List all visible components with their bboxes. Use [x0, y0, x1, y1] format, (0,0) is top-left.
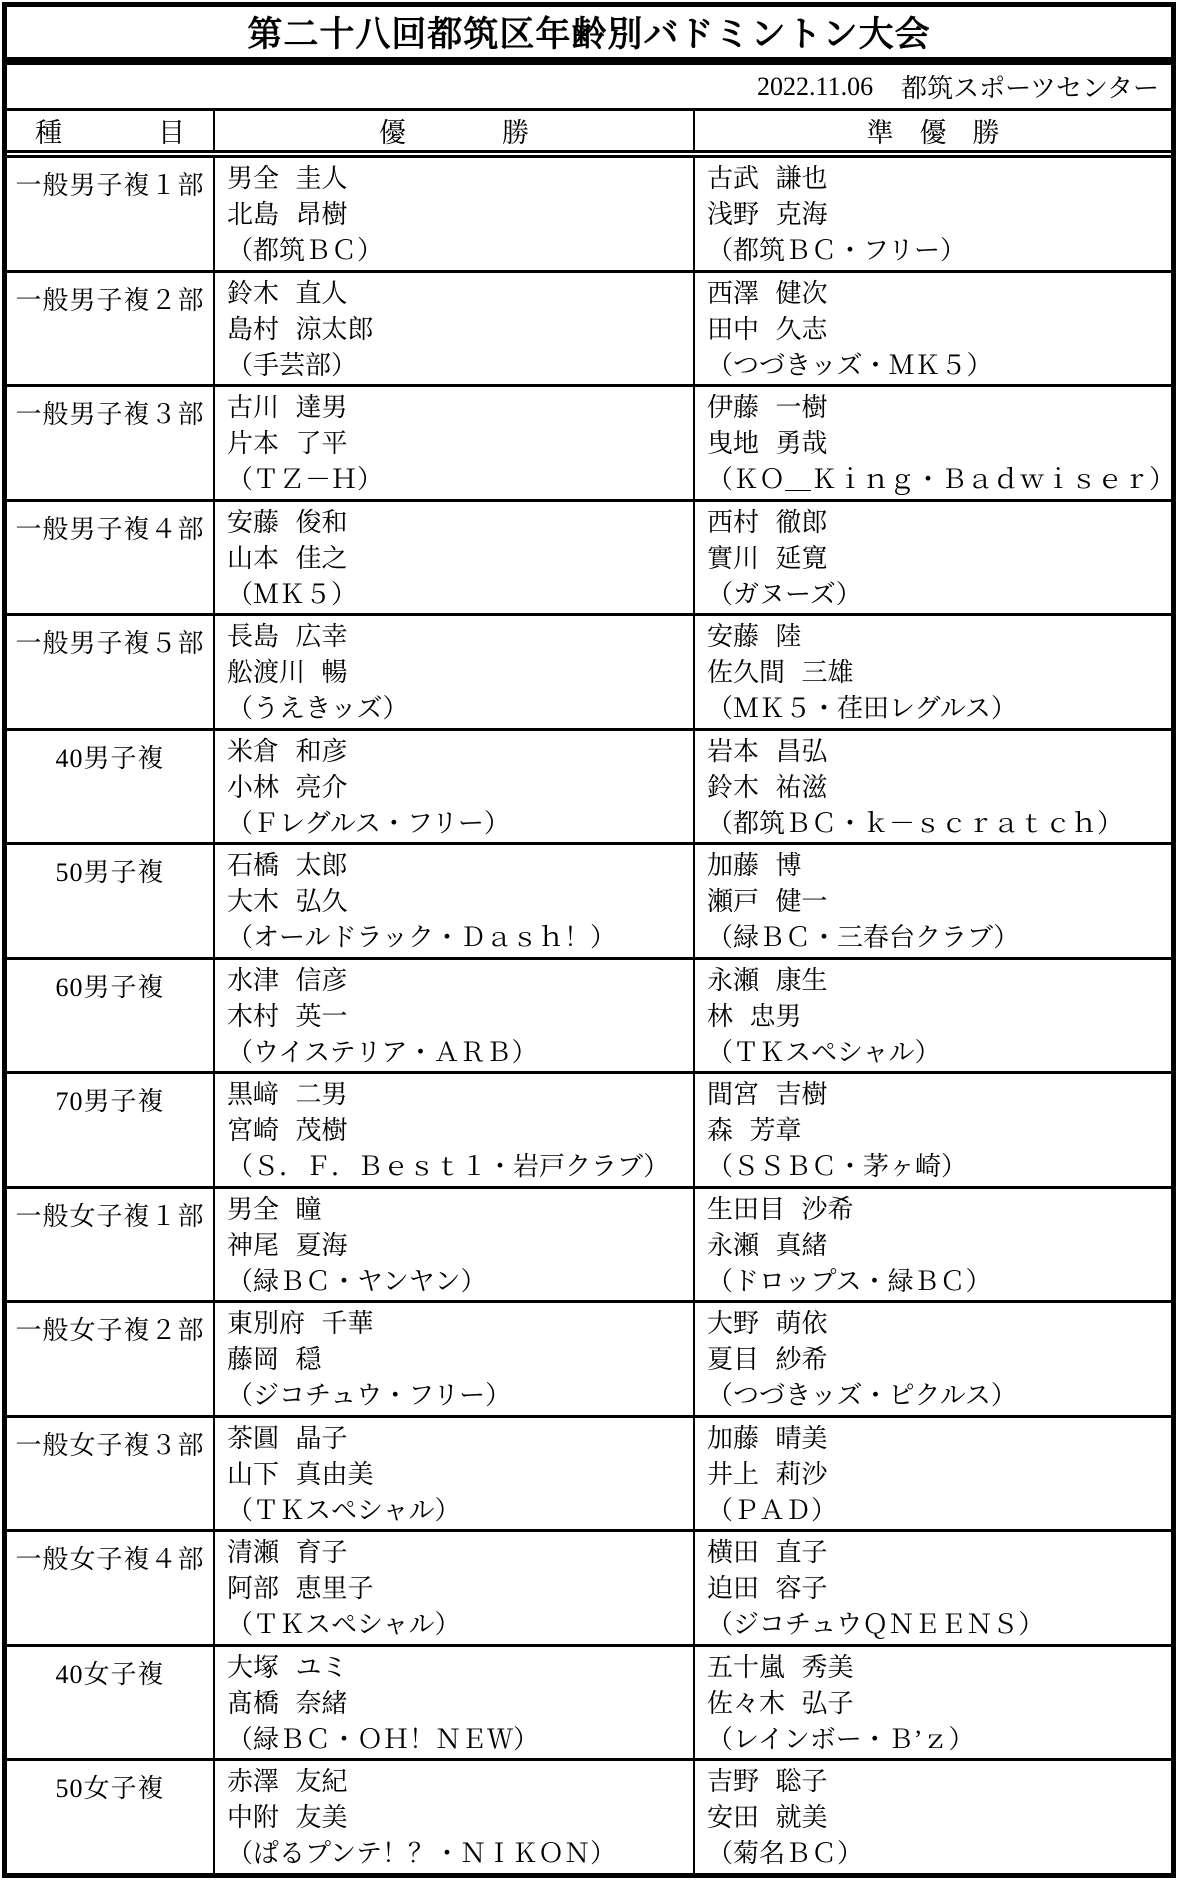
winner-cell: 長島 広幸 舩渡川 暢 （うえきッズ）: [213, 616, 693, 728]
winner-player-2: 阿部 恵里子: [227, 1571, 693, 1607]
event-date: 2022.11.06: [757, 72, 873, 102]
winner-club: （ＴＺ－Ｈ）: [227, 462, 693, 498]
tournament-result-sheet: 第二十八回都筑区年齢別バドミントン大会 2022.11.06 都筑スポーツセンタ…: [2, 2, 1176, 1878]
winner-player-2: 片本 了平: [227, 426, 693, 462]
runner-up-player-1: 間宮 吉樹: [707, 1077, 1171, 1113]
runner-up-cell: 生田目 沙希 永瀬 真緒 （ドロップス・緑ＢＣ）: [693, 1189, 1171, 1301]
winner-player-1: 米倉 和彦: [227, 734, 693, 770]
winner-cell: 男全 瞳 神尾 夏海 （緑ＢＣ・ヤンヤン）: [213, 1189, 693, 1301]
winner-club: （ウイステリア・ＡＲＢ）: [227, 1035, 693, 1071]
table-row: 一般男子複３部 古川 達男 片本 了平 （ＴＺ－Ｈ） 伊藤 一樹 曳地 勇哉 （…: [7, 387, 1171, 502]
event-category: 一般女子複３部: [7, 1418, 213, 1530]
runner-up-cell: 間宮 吉樹 森 芳章 （ＳＳＢＣ・茅ヶ崎）: [693, 1074, 1171, 1186]
runner-up-player-1: 生田目 沙希: [707, 1192, 1171, 1228]
winner-cell: 茶圓 晶子 山下 真由美 （ＴＫスペシャル）: [213, 1418, 693, 1530]
venue-name: 都筑スポーツセンター: [901, 68, 1159, 105]
runner-up-player-2: 森 芳章: [707, 1113, 1171, 1149]
runner-up-player-1: 岩本 昌弘: [707, 734, 1171, 770]
winner-player-2: 小林 亮介: [227, 770, 693, 806]
runner-up-club: （つづきッズ・ＭＫ５）: [707, 348, 1171, 384]
winner-player-1: 茶圓 晶子: [227, 1421, 693, 1457]
winner-club: （ジコチュウ・フリー）: [227, 1378, 693, 1414]
runner-up-cell: 古武 謙也 浅野 克海 （都筑ＢＣ・フリー）: [693, 158, 1171, 270]
event-category: 一般女子複４部: [7, 1532, 213, 1644]
winner-player-1: 赤澤 友紀: [227, 1764, 693, 1800]
runner-up-cell: 伊藤 一樹 曳地 勇哉 （ＫＯ＿Ｋｉｎｇ・Ｂａｄｗｉｓｅｒ）: [693, 387, 1171, 499]
event-category: 60男子複: [7, 960, 213, 1072]
winner-player-1: 東別府 千華: [227, 1306, 693, 1342]
winner-cell: 赤澤 友紀 中附 友美 （ぱるプンテ！？・ＮＩＫＯＮ）: [213, 1761, 693, 1873]
winner-player-2: 中附 友美: [227, 1800, 693, 1836]
runner-up-player-2: 井上 莉沙: [707, 1457, 1171, 1493]
winner-club: （ぱるプンテ！？・ＮＩＫＯＮ）: [227, 1836, 693, 1872]
event-category: 一般男子複３部: [7, 387, 213, 499]
table-row: 60男子複 水津 信彦 木村 英一 （ウイステリア・ＡＲＢ） 永瀬 康生 林 忠…: [7, 960, 1171, 1075]
page-title: 第二十八回都筑区年齢別バドミントン大会: [7, 7, 1171, 65]
table-row: 40男子複 米倉 和彦 小林 亮介 （Ｆレグルス・フリー） 岩本 昌弘 鈴木 祐…: [7, 731, 1171, 846]
date-venue-row: 2022.11.06 都筑スポーツセンター: [7, 65, 1171, 111]
runner-up-player-2: 瀬戸 健一: [707, 884, 1171, 920]
runner-up-club: （ガヌーズ）: [707, 577, 1171, 613]
winner-club: （Ｆレグルス・フリー）: [227, 806, 693, 842]
winner-player-2: 藤岡 穏: [227, 1342, 693, 1378]
runner-up-club: （都筑ＢＣ・フリー）: [707, 233, 1171, 269]
runner-up-cell: 加藤 晴美 井上 莉沙 （ＰＡＤ）: [693, 1418, 1171, 1530]
winner-player-1: 水津 信彦: [227, 963, 693, 999]
runner-up-player-2: 浅野 克海: [707, 197, 1171, 233]
header-winner-label: 優勝: [379, 111, 625, 150]
runner-up-cell: 吉野 聡子 安田 就美 （菊名ＢＣ）: [693, 1761, 1171, 1873]
runner-up-club: （ＰＡＤ）: [707, 1493, 1171, 1529]
runner-up-cell: 永瀬 康生 林 忠男 （ＴＫスペシャル）: [693, 960, 1171, 1072]
header-runner-up: 準優勝: [693, 111, 1171, 150]
winner-player-1: 大塚 ユミ: [227, 1650, 693, 1686]
runner-up-club: （菊名ＢＣ）: [707, 1836, 1171, 1872]
event-category: 50女子複: [7, 1761, 213, 1873]
winner-club: （緑ＢＣ・ＯＨ！ＮＥＷ）: [227, 1722, 693, 1758]
winner-club: （ＴＫスペシャル）: [227, 1607, 693, 1643]
runner-up-player-1: 加藤 博: [707, 848, 1171, 884]
runner-up-cell: 加藤 博 瀬戸 健一 （緑ＢＣ・三春台クラブ）: [693, 845, 1171, 957]
runner-up-player-2: 田中 久志: [707, 312, 1171, 348]
event-category: 40女子複: [7, 1647, 213, 1759]
winner-player-2: 山下 真由美: [227, 1457, 693, 1493]
runner-up-cell: 五十嵐 秀美 佐々木 弘子 （レインボー・Ｂ’ｚ）: [693, 1647, 1171, 1759]
winner-player-2: 大木 弘久: [227, 884, 693, 920]
runner-up-player-1: 伊藤 一樹: [707, 390, 1171, 426]
header-event: 種目: [7, 111, 213, 150]
table-row: 一般男子複４部 安藤 俊和 山本 佳之 （ＭＫ５） 西村 徹郎 實川 延寛 （ガ…: [7, 502, 1171, 617]
runner-up-club: （ＴＫスペシャル）: [707, 1035, 1171, 1071]
runner-up-club: （ＳＳＢＣ・茅ヶ崎）: [707, 1149, 1171, 1185]
runner-up-player-1: 加藤 晴美: [707, 1421, 1171, 1457]
runner-up-player-2: 鈴木 祐滋: [707, 770, 1171, 806]
winner-cell: 黒﨑 二男 宮崎 茂樹 （Ｓ．Ｆ．Ｂｅｓｔ１・岩戸クラブ）: [213, 1074, 693, 1186]
winner-player-2: 舩渡川 暢: [227, 655, 693, 691]
runner-up-player-1: 古武 謙也: [707, 161, 1171, 197]
runner-up-club: （都筑ＢＣ・ｋ－ｓｃｒａｔｃｈ）: [707, 806, 1171, 842]
winner-club: （緑ＢＣ・ヤンヤン）: [227, 1264, 693, 1300]
winner-cell: 石橋 太郎 大木 弘久 （オールドラック・Ｄａｓｈ！）: [213, 845, 693, 957]
event-category: 一般女子複２部: [7, 1303, 213, 1415]
runner-up-player-2: 曳地 勇哉: [707, 426, 1171, 462]
header-winner: 優勝: [213, 111, 693, 150]
runner-up-club: （つづきッズ・ピクルス）: [707, 1378, 1171, 1414]
runner-up-club: （緑ＢＣ・三春台クラブ）: [707, 920, 1171, 956]
runner-up-player-2: 佐久間 三雄: [707, 655, 1171, 691]
runner-up-player-2: 林 忠男: [707, 999, 1171, 1035]
winner-player-2: 木村 英一: [227, 999, 693, 1035]
table-row: 一般女子複２部 東別府 千華 藤岡 穏 （ジコチュウ・フリー） 大野 萌依 夏目…: [7, 1303, 1171, 1418]
winner-club: （ＴＫスペシャル）: [227, 1493, 693, 1529]
winner-club: （手芸部）: [227, 348, 693, 384]
winner-player-1: 男全 圭人: [227, 161, 693, 197]
runner-up-club: （ＭＫ５・荏田レグルス）: [707, 691, 1171, 727]
winner-player-2: 山本 佳之: [227, 541, 693, 577]
runner-up-cell: 大野 萌依 夏目 紗希 （つづきッズ・ピクルス）: [693, 1303, 1171, 1415]
table-row: 一般女子複４部 清瀬 育子 阿部 恵里子 （ＴＫスペシャル） 横田 直子 迫田 …: [7, 1532, 1171, 1647]
event-category: 一般男子複１部: [7, 158, 213, 270]
runner-up-player-1: 大野 萌依: [707, 1306, 1171, 1342]
header-event-label: 種目: [35, 111, 213, 150]
runner-up-player-1: 西村 徹郎: [707, 505, 1171, 541]
winner-player-2: 北島 昂樹: [227, 197, 693, 233]
runner-up-player-2: 迫田 容子: [707, 1571, 1171, 1607]
winner-cell: 男全 圭人 北島 昂樹 （都筑ＢＣ）: [213, 158, 693, 270]
winner-club: （ＭＫ５）: [227, 577, 693, 613]
runner-up-player-2: 夏目 紗希: [707, 1342, 1171, 1378]
winner-player-1: 石橋 太郎: [227, 848, 693, 884]
runner-up-player-2: 永瀬 真緒: [707, 1228, 1171, 1264]
winner-cell: 水津 信彦 木村 英一 （ウイステリア・ＡＲＢ）: [213, 960, 693, 1072]
winner-player-1: 古川 達男: [227, 390, 693, 426]
winner-cell: 古川 達男 片本 了平 （ＴＺ－Ｈ）: [213, 387, 693, 499]
winner-cell: 東別府 千華 藤岡 穏 （ジコチュウ・フリー）: [213, 1303, 693, 1415]
runner-up-player-1: 西澤 健次: [707, 276, 1171, 312]
winner-cell: 鈴木 直人 島村 涼太郎 （手芸部）: [213, 273, 693, 385]
runner-up-player-1: 五十嵐 秀美: [707, 1650, 1171, 1686]
winner-player-1: 男全 瞳: [227, 1192, 693, 1228]
winner-player-1: 清瀬 育子: [227, 1535, 693, 1571]
table-row: 一般女子複１部 男全 瞳 神尾 夏海 （緑ＢＣ・ヤンヤン） 生田目 沙希 永瀬 …: [7, 1189, 1171, 1304]
runner-up-club: （ジコチュウＱＮＥＥＮＳ）: [707, 1607, 1171, 1643]
event-category: 一般男子複２部: [7, 273, 213, 385]
runner-up-player-2: 實川 延寛: [707, 541, 1171, 577]
runner-up-cell: 横田 直子 迫田 容子 （ジコチュウＱＮＥＥＮＳ）: [693, 1532, 1171, 1644]
event-category: 一般女子複１部: [7, 1189, 213, 1301]
table-row: 一般男子複１部 男全 圭人 北島 昂樹 （都筑ＢＣ） 古武 謙也 浅野 克海 （…: [7, 158, 1171, 273]
winner-player-2: 島村 涼太郎: [227, 312, 693, 348]
winner-player-1: 長島 広幸: [227, 619, 693, 655]
winner-player-1: 鈴木 直人: [227, 276, 693, 312]
runner-up-cell: 西村 徹郎 實川 延寛 （ガヌーズ）: [693, 502, 1171, 614]
runner-up-player-1: 安藤 陸: [707, 619, 1171, 655]
winner-cell: 大塚 ユミ 髙橋 奈緒 （緑ＢＣ・ＯＨ！ＮＥＷ）: [213, 1647, 693, 1759]
event-category: 一般男子複５部: [7, 616, 213, 728]
table-row: 50女子複 赤澤 友紀 中附 友美 （ぱるプンテ！？・ＮＩＫＯＮ） 吉野 聡子 …: [7, 1761, 1171, 1873]
table-row: 一般女子複３部 茶圓 晶子 山下 真由美 （ＴＫスペシャル） 加藤 晴美 井上 …: [7, 1418, 1171, 1533]
winner-cell: 清瀬 育子 阿部 恵里子 （ＴＫスペシャル）: [213, 1532, 693, 1644]
table-row: 40女子複 大塚 ユミ 髙橋 奈緒 （緑ＢＣ・ＯＨ！ＮＥＷ） 五十嵐 秀美 佐々…: [7, 1647, 1171, 1762]
runner-up-club: （レインボー・Ｂ’ｚ）: [707, 1722, 1171, 1758]
table-row: 70男子複 黒﨑 二男 宮崎 茂樹 （Ｓ．Ｆ．Ｂｅｓｔ１・岩戸クラブ） 間宮 吉…: [7, 1074, 1171, 1189]
event-category: 一般男子複４部: [7, 502, 213, 614]
winner-club: （都筑ＢＣ）: [227, 233, 693, 269]
winner-cell: 安藤 俊和 山本 佳之 （ＭＫ５）: [213, 502, 693, 614]
table-row: 一般男子複２部 鈴木 直人 島村 涼太郎 （手芸部） 西澤 健次 田中 久志 （…: [7, 273, 1171, 388]
runner-up-player-1: 永瀬 康生: [707, 963, 1171, 999]
table-body: 一般男子複１部 男全 圭人 北島 昂樹 （都筑ＢＣ） 古武 謙也 浅野 克海 （…: [7, 158, 1171, 1873]
runner-up-club: （ドロップス・緑ＢＣ）: [707, 1264, 1171, 1300]
runner-up-player-2: 佐々木 弘子: [707, 1686, 1171, 1722]
runner-up-player-1: 横田 直子: [707, 1535, 1171, 1571]
winner-player-1: 安藤 俊和: [227, 505, 693, 541]
event-category: 40男子複: [7, 731, 213, 843]
runner-up-cell: 安藤 陸 佐久間 三雄 （ＭＫ５・荏田レグルス）: [693, 616, 1171, 728]
winner-club: （Ｓ．Ｆ．Ｂｅｓｔ１・岩戸クラブ）: [227, 1149, 693, 1185]
winner-player-2: 髙橋 奈緒: [227, 1686, 693, 1722]
runner-up-cell: 岩本 昌弘 鈴木 祐滋 （都筑ＢＣ・ｋ－ｓｃｒａｔｃｈ）: [693, 731, 1171, 843]
runner-up-club: （ＫＯ＿Ｋｉｎｇ・Ｂａｄｗｉｓｅｒ）: [707, 462, 1171, 498]
header-runner-up-label: 準優勝: [867, 111, 1026, 150]
runner-up-player-1: 吉野 聡子: [707, 1764, 1171, 1800]
runner-up-cell: 西澤 健次 田中 久志 （つづきッズ・ＭＫ５）: [693, 273, 1171, 385]
event-category: 50男子複: [7, 845, 213, 957]
table-header: 種目 優勝 準優勝: [7, 111, 1171, 158]
runner-up-player-2: 安田 就美: [707, 1800, 1171, 1836]
table-row: 一般男子複５部 長島 広幸 舩渡川 暢 （うえきッズ） 安藤 陸 佐久間 三雄 …: [7, 616, 1171, 731]
winner-player-2: 宮崎 茂樹: [227, 1113, 693, 1149]
event-category: 70男子複: [7, 1074, 213, 1186]
winner-player-2: 神尾 夏海: [227, 1228, 693, 1264]
winner-cell: 米倉 和彦 小林 亮介 （Ｆレグルス・フリー）: [213, 731, 693, 843]
winner-club: （オールドラック・Ｄａｓｈ！）: [227, 920, 693, 956]
table-row: 50男子複 石橋 太郎 大木 弘久 （オールドラック・Ｄａｓｈ！） 加藤 博 瀬…: [7, 845, 1171, 960]
winner-player-1: 黒﨑 二男: [227, 1077, 693, 1113]
winner-club: （うえきッズ）: [227, 691, 693, 727]
